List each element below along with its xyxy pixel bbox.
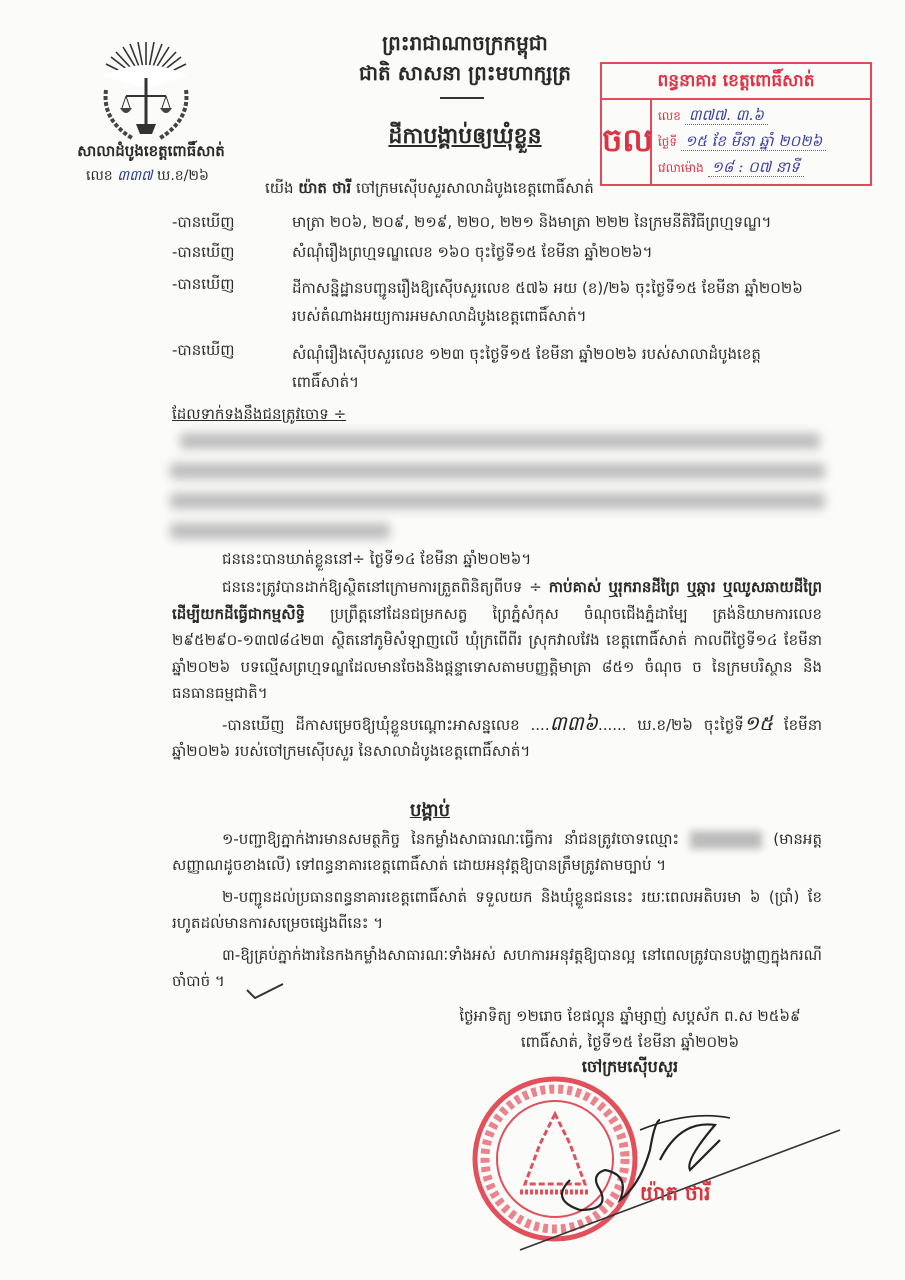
charge-paragraph: ជននេះត្រូវបានដាក់ឱ្យស្ថិតនៅក្រោមការត្រួត… — [172, 574, 822, 707]
stamp-number-value: ៣៧៧. ៣.៦ — [685, 106, 768, 125]
consideration-label: -បានឃើញ — [172, 212, 262, 232]
heading-divider — [440, 97, 484, 99]
decision-number-handwritten: ៣៣៦ — [550, 711, 598, 735]
checkmark-icon — [245, 982, 285, 1002]
stamp-time-row: វេលាម៉ោង ១៨ : ០៧ នាទី — [658, 158, 804, 180]
stamp-number-label: លេខ — [658, 109, 681, 123]
ref-number-handwritten: ៣៣៧ — [117, 168, 152, 184]
arrest-statement: ជននេះបានឃាត់ខ្លួននៅ÷ ថ្ងៃទី១៤ ខែមីនា ឆ្ន… — [172, 546, 822, 572]
court-order-document: សាលាដំបូងខេត្តពោធិ៍សាត់ លេខ ៣៣៧ ឃ.ខ/២៦ ព… — [0, 0, 905, 1280]
charge-intro: ជននេះត្រូវបានដាក់ឱ្យស្ថិតនៅក្រោមការត្រួត… — [222, 578, 542, 596]
intro-prefix: យើង — [265, 179, 294, 197]
order-item-2: ២-បញ្ជូនដល់ប្រធានពន្ធនាគារខេត្តពោធិ៍សាត់… — [172, 884, 822, 936]
redacted-accused-name — [690, 831, 762, 849]
decision-day-handwritten: ១៥ — [744, 711, 773, 735]
ref-suffix: ឃ.ខ/២៦ — [157, 168, 209, 184]
accused-section-label: ដែលទាក់ទងនឹងជនត្រូវចោទ ÷ — [172, 405, 346, 427]
lunar-date: ថ្ងៃអាទិត្យ ១២រោច ខែផល្គុន ឆ្នាំម្សាញ់ ស… — [440, 1006, 820, 1026]
document-title: ដីកាបង្គាប់ឲ្យឃុំខ្លួន — [320, 122, 610, 154]
reference-number: លេខ ៣៣៧ ឃ.ខ/២៦ — [86, 166, 209, 187]
kingdom-heading: ព្រះរាជាណាចក្រកម្ពុជា — [320, 30, 610, 60]
decision-text: ដីកាសម្រេចឱ្យឃុំខ្លួនបណ្តោះអាសន្នលេខ — [295, 716, 519, 734]
place-date: ពោធិ៍សាត់, ថ្ងៃទី១៥ ខែមីនា ឆ្នាំ២០២៦ — [440, 1032, 820, 1052]
intro-suffix: ចៅក្រមស៊ើបសួរសាលាដំបូងខេត្តពោធិ៍សាត់ — [356, 179, 594, 197]
stamp-time-value: ១៨ : ០៧ នាទី — [708, 158, 804, 177]
consideration-label: -បានឃើញ — [172, 274, 262, 294]
consideration-text: ដីកាសន្និដ្ឋានបញ្ជូនរឿងឱ្យស៊ើបសួរលេខ ៥៧៦… — [292, 274, 822, 330]
prison-received-stamp: ពន្ធនាគារ ខេត្តពោធិ៍សាត់ ចល លេខ ៣៧៧. ៣.៦… — [600, 62, 872, 186]
ref-label: លេខ — [86, 168, 113, 184]
consideration-text: មាត្រា ២០៦, ២០៩, ២១៩, ២២០, ២២១ និងមាត្រា… — [292, 212, 822, 232]
judge-signature-icon — [490, 1090, 850, 1260]
order-text: ១-បញ្ជាឱ្យភ្នាក់ងារមានសមត្ថកិច្ច នៃកម្លា… — [222, 830, 679, 848]
stamp-date-label: ថ្ងៃទី — [658, 135, 677, 149]
court-name: សាលាដំបូងខេត្តពោធិ៍សាត់ — [66, 142, 236, 164]
stamp-number-row: លេខ ៣៧៧. ៣.៦ — [658, 106, 768, 128]
consideration-text: សំណុំរឿងព្រហ្មទណ្ឌលេខ ១៦០ ចុះថ្ងៃទី១៥ ខែ… — [292, 242, 822, 262]
stamp-time-label: វេលាម៉ោង — [658, 161, 704, 175]
consideration-text: សំណុំរឿងស៊ើបសួរលេខ ១២៣ ចុះថ្ងៃទី១៥ ខែមីន… — [292, 340, 822, 396]
order-item-1: ១-បញ្ជាឱ្យភ្នាក់ងារមានសមត្ថកិច្ច នៃកម្លា… — [172, 826, 822, 878]
stamp-side-label: ចល — [602, 100, 652, 184]
decision-label: -បានឃើញ — [222, 716, 285, 734]
orders-title: បង្គាប់ — [330, 798, 530, 825]
redacted-accused-details — [170, 425, 825, 545]
court-emblem-icon — [92, 34, 200, 144]
stamp-date-value: ១៥ ខែ មីនា ឆ្នាំ ២០២៦ — [681, 132, 826, 151]
consideration-label: -បានឃើញ — [172, 340, 262, 360]
intro-judge-name: យ៉ាត ថារី — [298, 179, 351, 197]
intro-line: យើង យ៉ាត ថារី ចៅក្រមស៊ើបសួរសាលាដំបូងខេត្… — [265, 178, 594, 198]
national-motto: ជាតិ សាសនា ព្រះមហាក្សត្រ — [320, 60, 610, 90]
stamp-date-row: ថ្ងៃទី ១៥ ខែ មីនា ឆ្នាំ ២០២៦ — [658, 132, 826, 154]
stamp-title: ពន្ធនាគារ ខេត្តពោធិ៍សាត់ — [602, 64, 870, 100]
detention-decision-paragraph: -បានឃើញ ដីកាសម្រេចឱ្យឃុំខ្លួនបណ្តោះអាសន្… — [172, 710, 822, 764]
consideration-label: -បានឃើញ — [172, 242, 262, 262]
decision-text: ឃ.ខ/២៦ ចុះថ្ងៃទី — [637, 716, 743, 734]
judge-name-stamp: យ៉ាត ថារី — [640, 1180, 710, 1210]
